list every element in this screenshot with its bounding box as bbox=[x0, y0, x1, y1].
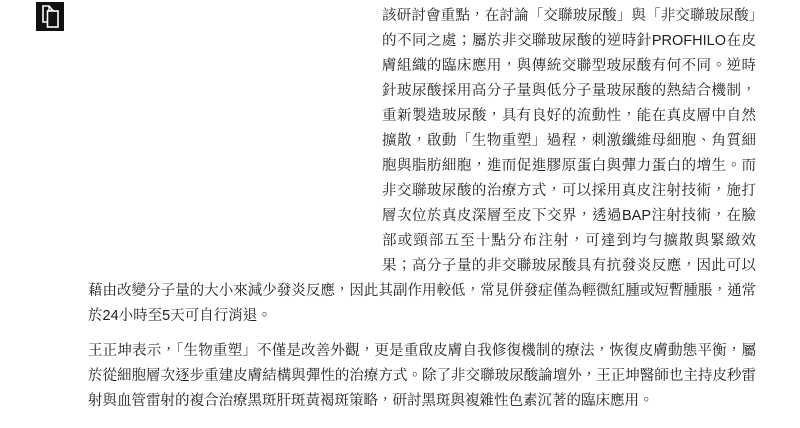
article-page: 該研討會重點，在討論「交聯玻尿酸」與「非交聯玻尿酸」的不同之處；屬於非交聯玻尿酸… bbox=[0, 0, 800, 428]
paragraph-2: 王正坤表示，「生物重塑」不僅是改善外觀，更是重啟皮膚自我修復機制的療法，恢復皮膚… bbox=[88, 339, 756, 414]
paragraph-1: 該研討會重點，在討論「交聯玻尿酸」與「非交聯玻尿酸」的不同之處；屬於非交聯玻尿酸… bbox=[88, 4, 756, 329]
paragraph-2-text: 王正坤表示，「生物重塑」不僅是改善外觀，更是重啟皮膚自我修復機制的療法，恢復皮膚… bbox=[88, 343, 756, 409]
broken-image-icon bbox=[36, 2, 64, 31]
article-body: 該研討會重點，在討論「交聯玻尿酸」與「非交聯玻尿酸」的不同之處；屬於非交聯玻尿酸… bbox=[88, 4, 756, 424]
missing-image-area bbox=[88, 4, 382, 274]
